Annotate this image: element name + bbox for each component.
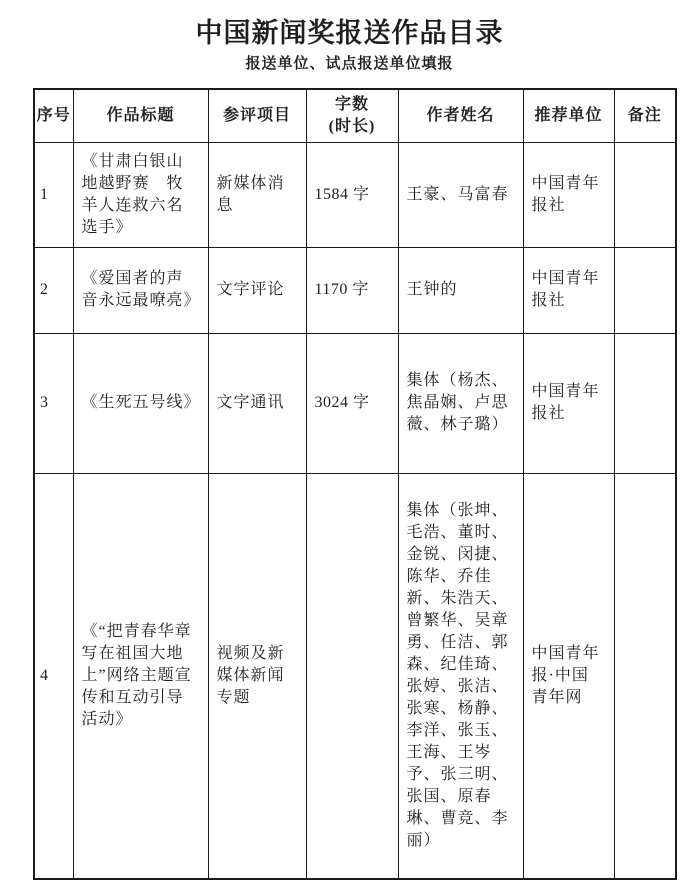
document-subtitle: 报送单位、试点报送单位填报 <box>0 54 699 75</box>
cell-remarks <box>614 333 676 473</box>
col-header-recommender: 推荐单位 <box>523 89 614 142</box>
col-header-length: 字数 (时长) <box>306 89 398 142</box>
cell-recommender: 中国青年报社 <box>523 142 614 247</box>
cell-remarks <box>614 247 676 333</box>
cell-authors: 集体（杨杰、焦晶娴、卢思薇、林子璐） <box>398 333 523 473</box>
cell-title: 《“把青春华章写在祖国大地上”网络主题宣传和互动引导活动》 <box>73 473 208 879</box>
cell-recommender: 中国青年报社 <box>523 247 614 333</box>
cell-length: 1584 字 <box>306 142 398 247</box>
cell-authors: 王钟的 <box>398 247 523 333</box>
cell-serial: 2 <box>34 247 73 333</box>
cell-recommender: 中国青年报社 <box>523 333 614 473</box>
table-row: 2 《爱国者的声音永远最嘹亮》 文字评论 1170 字 王钟的 中国青年报社 <box>34 247 676 333</box>
cell-category: 文字通讯 <box>208 333 306 473</box>
submission-works-table: 序号 作品标题 参评项目 字数 (时长) 作者姓名 推荐单位 备注 1 《甘肃白… <box>33 88 677 880</box>
col-header-authors: 作者姓名 <box>398 89 523 142</box>
col-header-title: 作品标题 <box>73 89 208 142</box>
table-row: 3 《生死五号线》 文字通讯 3024 字 集体（杨杰、焦晶娴、卢思薇、林子璐）… <box>34 333 676 473</box>
cell-remarks <box>614 142 676 247</box>
cell-authors: 集体（张坤、毛浩、董时、金锐、闵捷、陈华、乔佳新、朱浩天、曾繁华、吴章勇、任洁、… <box>398 473 523 879</box>
cell-title: 《生死五号线》 <box>73 333 208 473</box>
col-header-category: 参评项目 <box>208 89 306 142</box>
table-row: 4 《“把青春华章写在祖国大地上”网络主题宣传和互动引导活动》 视频及新媒体新闻… <box>34 473 676 879</box>
cell-remarks <box>614 473 676 879</box>
cell-title: 《甘肃白银山地越野赛 牧羊人连救六名选手》 <box>73 142 208 247</box>
document-page: 中国新闻奖报送作品目录 报送单位、试点报送单位填报 序号 作品标题 参评项目 字… <box>0 0 699 884</box>
cell-serial: 1 <box>34 142 73 247</box>
col-header-remarks: 备注 <box>614 89 676 142</box>
cell-length <box>306 473 398 879</box>
document-title: 中国新闻奖报送作品目录 <box>0 0 699 51</box>
cell-length: 1170 字 <box>306 247 398 333</box>
cell-length: 3024 字 <box>306 333 398 473</box>
cell-title: 《爱国者的声音永远最嘹亮》 <box>73 247 208 333</box>
cell-authors: 王豪、马富春 <box>398 142 523 247</box>
col-header-serial: 序号 <box>34 89 73 142</box>
cell-serial: 3 <box>34 333 73 473</box>
table-row: 1 《甘肃白银山地越野赛 牧羊人连救六名选手》 新媒体消息 1584 字 王豪、… <box>34 142 676 247</box>
cell-recommender: 中国青年报·中国青年网 <box>523 473 614 879</box>
cell-category: 文字评论 <box>208 247 306 333</box>
cell-category: 视频及新媒体新闻专题 <box>208 473 306 879</box>
cell-serial: 4 <box>34 473 73 879</box>
cell-category: 新媒体消息 <box>208 142 306 247</box>
table-header-row: 序号 作品标题 参评项目 字数 (时长) 作者姓名 推荐单位 备注 <box>34 89 676 142</box>
